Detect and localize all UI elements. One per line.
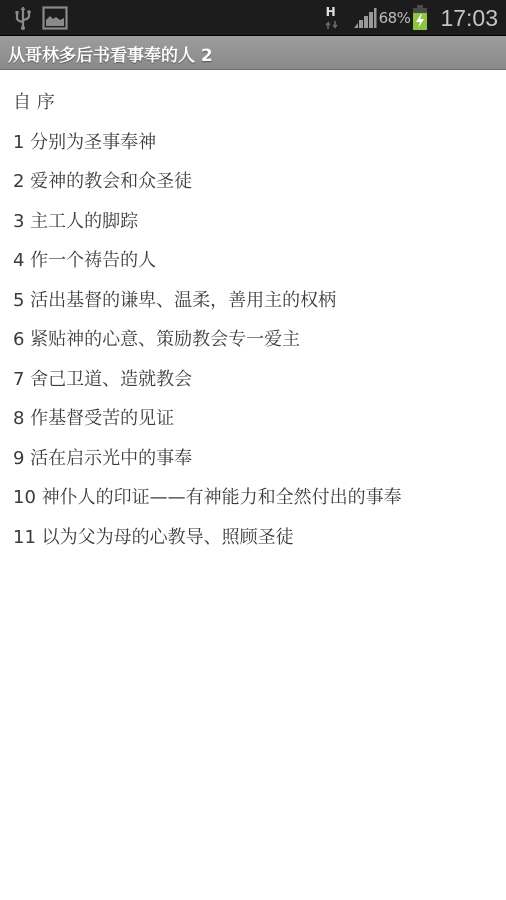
toc-item-preface[interactable]: 自 序 — [13, 86, 402, 126]
toc-item-9[interactable]: 9 活在启示光中的事奉 — [13, 442, 402, 482]
system-indicators: H 68% 17:03 — [325, 3, 498, 33]
network-type-label: H — [326, 5, 336, 19]
notification-icons — [14, 5, 68, 31]
content-area: 自 序 1 分别为圣事奉神 2 爱神的教会和众圣徒 3 主工人的脚踪 4 作一个… — [0, 71, 506, 900]
toc-item-1[interactable]: 1 分别为圣事奉神 — [13, 126, 402, 166]
toc-item-2[interactable]: 2 爱神的教会和众圣徒 — [13, 165, 402, 205]
toc-item-6[interactable]: 6 紧贴神的心意、策励教会专一爱主 — [13, 323, 402, 363]
battery-percent: 68% — [379, 9, 411, 27]
network-type-icon: H — [325, 4, 339, 32]
table-of-contents: 自 序 1 分别为圣事奉神 2 爱神的教会和众圣徒 3 主工人的脚踪 4 作一个… — [13, 86, 402, 560]
toc-item-3[interactable]: 3 主工人的脚踪 — [13, 205, 402, 245]
toc-item-7[interactable]: 7 舍己卫道、造就教会 — [13, 363, 402, 403]
image-icon — [42, 6, 68, 30]
signal-icon — [353, 7, 377, 29]
title-bar: 从哥林多后书看事奉的人 2 — [0, 36, 506, 70]
toc-item-5[interactable]: 5 活出基督的谦卑、温柔，善用主的权柄 — [13, 284, 402, 324]
usb-icon — [14, 6, 32, 30]
toc-item-4[interactable]: 4 作一个祷告的人 — [13, 244, 402, 284]
app-title: 从哥林多后书看事奉的人 2 — [8, 41, 213, 66]
toc-item-11[interactable]: 11 以为父为母的心教导、照顾圣徒 — [13, 521, 402, 561]
battery-charging-icon — [412, 5, 428, 31]
toc-item-10[interactable]: 10 神仆人的印证——有神能力和全然付出的事奉 — [13, 481, 402, 521]
clock: 17:03 — [440, 5, 498, 32]
status-bar: H 68% 17:03 — [0, 0, 506, 36]
toc-item-8[interactable]: 8 作基督受苦的见证 — [13, 402, 402, 442]
